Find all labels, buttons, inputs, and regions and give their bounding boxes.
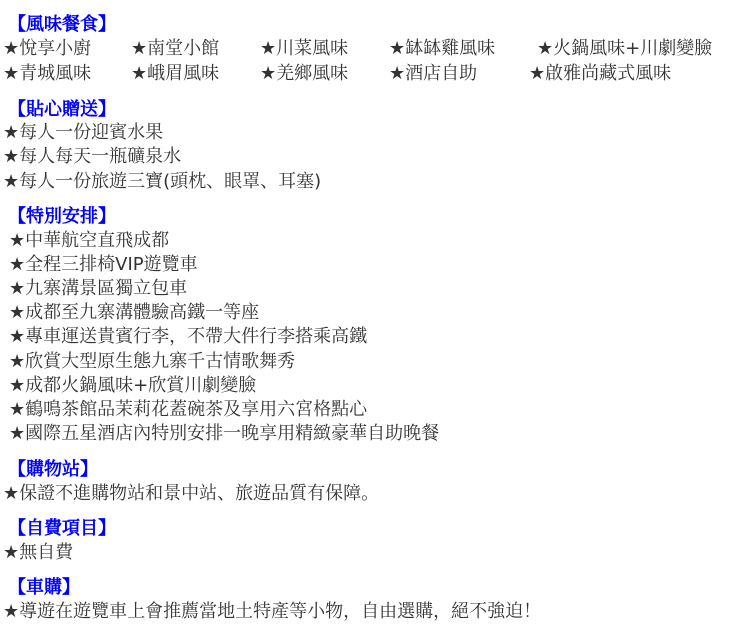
gift-item: ★每人一份旅遊三寶(頭枕、眼罩、耳塞): [3, 170, 321, 194]
dining-item: ★峨眉風味: [131, 62, 219, 86]
special-item: ★全程三排椅VIP遊覽車: [9, 253, 198, 277]
dining-item: ★羌鄉風味: [260, 62, 348, 86]
section-title-gifts: 【貼心贈送】: [8, 98, 116, 122]
dining-item: ★缽缽雞風味: [389, 37, 495, 61]
special-item: ★鶴鳴茶館品茉莉花蓋碗茶及享用六宮格點心: [9, 398, 367, 422]
special-item: ★欣賞大型原生態九寨千古情歌舞秀: [9, 350, 295, 374]
dining-item: ★啟雅尚藏式風味: [529, 62, 671, 86]
bus-shopping-item: ★導遊在遊覽車上會推薦當地土特產等小物，自由選購，絕不強迫！: [3, 600, 541, 624]
dining-item: ★悅享小廚: [3, 37, 91, 61]
gift-item: ★每人一份迎賓水果: [3, 121, 163, 145]
special-item: ★成都至九寨溝體驗高鐵一等座: [9, 301, 259, 325]
dining-item: ★火鍋風味+川劇變臉: [537, 37, 712, 61]
section-title-special: 【特別安排】: [8, 205, 116, 229]
dining-item: ★川菜風味: [260, 37, 348, 61]
special-item: ★九寨溝景區獨立包車: [9, 277, 187, 301]
section-title-optional: 【自費項目】: [8, 517, 116, 541]
section-title-dining: 【風味餐食】: [8, 13, 116, 37]
dining-item: ★青城風味: [3, 62, 91, 86]
optional-item: ★無自費: [3, 541, 73, 565]
gift-item: ★每人每天一瓶礦泉水: [3, 145, 181, 169]
special-item: ★成都火鍋風味+欣賞川劇變臉: [9, 374, 256, 398]
shopping-item: ★保證不進購物站和景中站、旅遊品質有保障。: [3, 482, 379, 506]
special-item: ★專車運送貴賓行李，不帶大件行李搭乘高鐵: [9, 325, 367, 349]
dining-item: ★南堂小館: [131, 37, 219, 61]
special-item: ★中華航空直飛成都: [9, 229, 169, 253]
special-item: ★國際五星酒店內特別安排一晚享用精緻豪華自助晚餐: [9, 422, 439, 446]
dining-item: ★酒店自助: [389, 62, 477, 86]
section-title-bus-shopping: 【車購】: [8, 576, 80, 600]
section-title-shopping: 【購物站】: [8, 458, 98, 482]
